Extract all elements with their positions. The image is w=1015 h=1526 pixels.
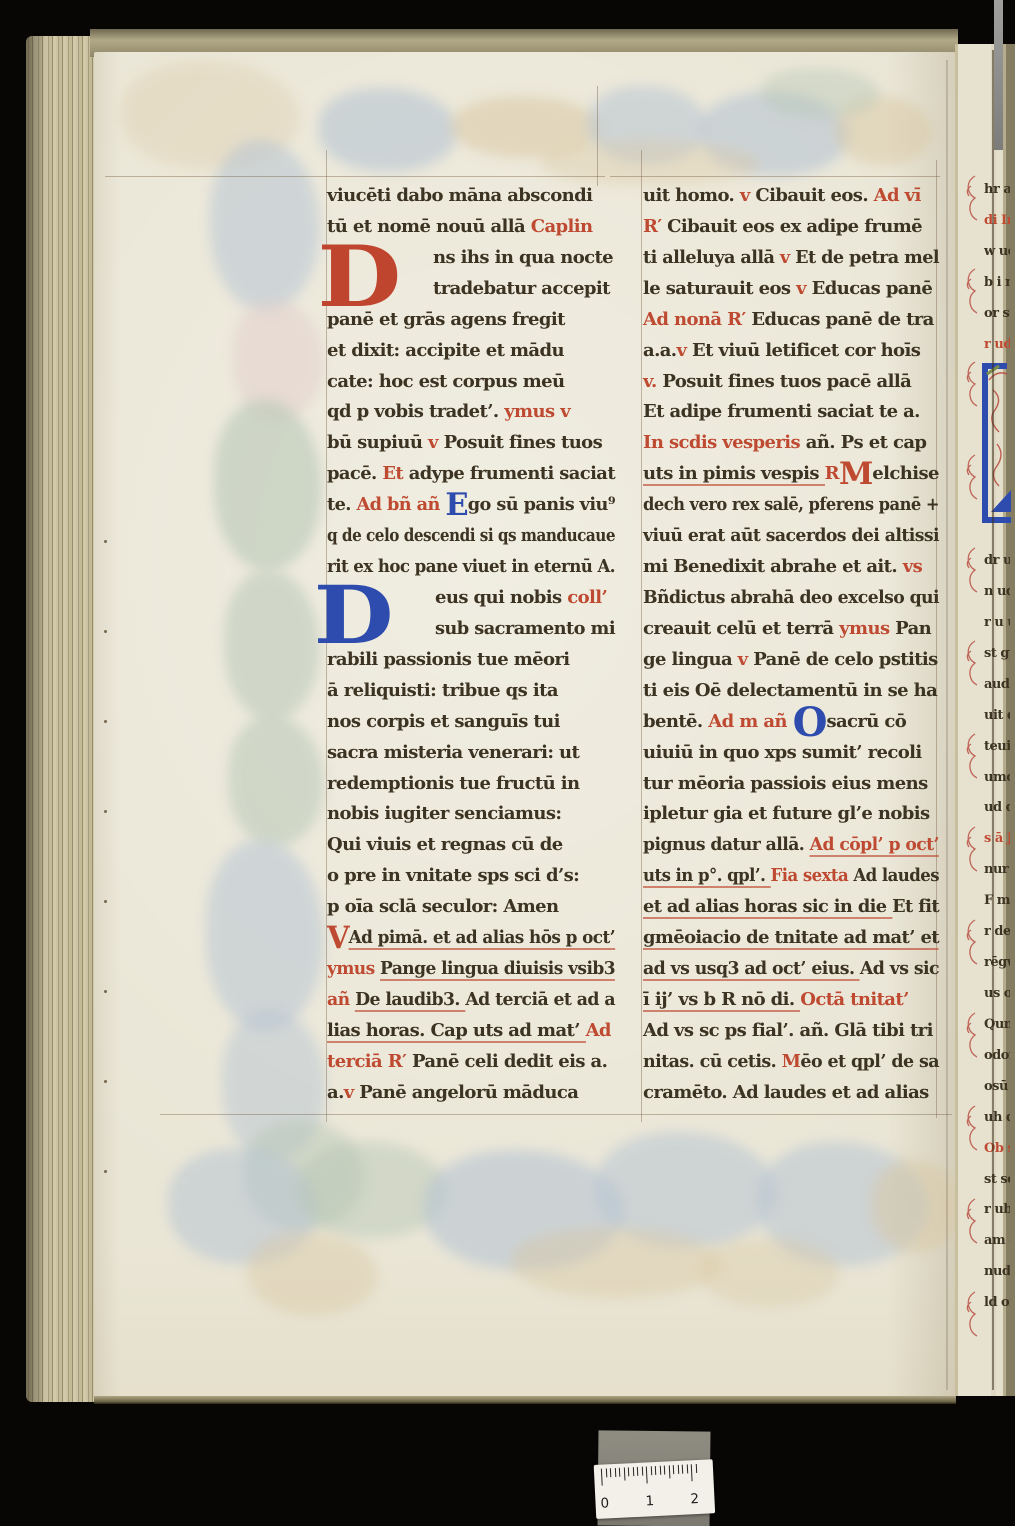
floral-showthrough-blob — [228, 716, 324, 846]
manuscript-line: In scdis vesperis añ. Ps et cap — [643, 432, 939, 463]
edge-text-fragment: Ob sem — [984, 1141, 1010, 1156]
edge-line: ld om — [984, 1291, 1010, 1322]
clamp-rod — [994, 0, 1003, 150]
text-segment: v — [740, 185, 756, 206]
ruler-tick — [691, 1464, 693, 1481]
ruling-line — [610, 176, 940, 177]
text-segment: ad vs usq3 ad oct’ eius. — [643, 958, 860, 981]
text-segment: cate: hoc est corpus meū — [327, 371, 565, 392]
text-segment: qd p vobis tradet’. — [327, 401, 504, 422]
edge-line — [984, 456, 1010, 487]
edge-line: w uc st u — [984, 240, 1010, 271]
manuscript-line: q de celo descendi si qs manducaue — [327, 525, 615, 556]
manuscript-line: et dixit: accipite et mādu — [327, 340, 615, 371]
manuscript-line: añ De laudib3. Ad terciā et ad a — [327, 989, 615, 1020]
line-text: et ad alias horas sic in die Et fit — [643, 896, 939, 917]
line-text: ti eis Oē delectamentū in se ha — [643, 680, 937, 701]
prick-mark — [104, 990, 107, 993]
text-segment: pacē. — [327, 463, 382, 484]
text-segment: v — [344, 1082, 360, 1103]
text-segment: nobis iugiter senciamus: — [327, 803, 561, 824]
manuscript-line: ti alleluya allā v Et de petra mel — [643, 247, 939, 278]
text-segment: Educas panē de tra — [751, 309, 933, 330]
manuscript-line: nitas. cū cetis. Mēo et qpl’ de sa — [643, 1051, 939, 1082]
manuscript-line: te. Ad bñ añ Ego sū panis viu⁹ — [327, 494, 615, 525]
text-segment: v — [796, 278, 812, 299]
edge-line: rēgws fu — [984, 951, 1010, 982]
line-text: bū supiuū v Posuit fines tuos — [327, 432, 602, 453]
text-segment: añ — [327, 989, 355, 1010]
manuscript-line: ipletur gia et future gl’e nobis — [643, 803, 939, 834]
text-segment: R′ — [643, 216, 667, 237]
manuscript-line: bū supiuū v Posuit fines tuos — [327, 432, 615, 463]
edge-line: nud iu — [984, 1260, 1010, 1291]
floral-showthrough-blob — [760, 68, 880, 118]
text-segment: tū et nomē nouū allā — [327, 216, 531, 237]
line-text: ā reliquisti: tribue qs ita — [327, 680, 558, 701]
line-text: tū et nomē nouū allā Caplin — [327, 216, 593, 237]
prick-mark — [104, 720, 107, 723]
text-segment: ymus v — [504, 401, 570, 422]
text-segment: tradebatur accepit — [433, 278, 610, 299]
penwork-flourishes — [957, 168, 985, 1388]
manuscript-line: tū et nomē nouū allā Caplin — [327, 216, 615, 247]
text-segment: o pre in vnitate sps sci d’s: — [327, 865, 579, 886]
manuscript-line: dech vero rex salē, pferens panē + — [643, 494, 939, 525]
manuscript-line: VAd pimā. et ad alias hōs p oct’ — [327, 927, 615, 958]
text-segment: Ad — [586, 1020, 611, 1041]
text-segment: Educas panē — [812, 278, 933, 299]
line-text: cramēto. Ad laudes et ad alias — [643, 1082, 929, 1103]
ruler-tick — [614, 1468, 616, 1477]
manuscript-line: tur mēoria passiois eius mens — [643, 773, 939, 804]
edge-line: s ā Jre — [984, 827, 1010, 858]
edge-text-fragment: rēgws fu — [984, 955, 1010, 970]
prick-mark — [104, 540, 107, 543]
text-segment: creauit celū et terrā — [643, 618, 839, 639]
manuscript-line: a.v Panē angelorū māduca — [327, 1082, 615, 1113]
manuscript-line: terciā R′ Panē celi dedit eis a. — [327, 1051, 615, 1082]
manuscript-line: creauit celū et terrā ymus Pan — [643, 618, 939, 649]
floral-showthrough-blob — [248, 1232, 378, 1316]
scale-ruler: 0 1 2 — [594, 1459, 715, 1519]
line-text: nitas. cū cetis. Mēo et qpl’ de sa — [643, 1051, 939, 1072]
edge-line: Ob sem — [984, 1137, 1010, 1168]
edge-text-fragment: aud in — [984, 677, 1010, 692]
edge-text-fragment: nur null — [984, 862, 1010, 877]
ruler-tick — [673, 1465, 675, 1474]
manuscript-line: sub sacramento mi — [327, 618, 615, 649]
line-text: viucēti dabo māna abscondi — [327, 185, 592, 206]
text-segment: Et viuū letificet cor hoīs — [692, 340, 920, 361]
ruler-tick — [628, 1467, 630, 1476]
ruler-tick — [659, 1466, 661, 1475]
text-segment: V — [327, 920, 349, 956]
line-text: Ad nonā R′ Educas panē de tra — [643, 309, 934, 330]
edge-line: di In ac — [984, 209, 1010, 240]
ruling-line — [641, 150, 642, 1122]
manuscript-line: redemptionis tue fructū in — [327, 773, 615, 804]
text-segment: v — [676, 340, 692, 361]
manuscript-line: p oīa sclā seculor: Amen — [327, 896, 615, 927]
prick-mark — [104, 1080, 107, 1083]
edge-line: F muua — [984, 889, 1010, 920]
text-segment: panē et grās agens fregit — [327, 309, 565, 330]
text-segment: vs — [903, 556, 922, 577]
manuscript-line: ge lingua v Panē de celo pstitis — [643, 649, 939, 680]
edge-text-fragment: s ā Jre — [984, 831, 1010, 846]
edge-text-fragment: ud dcm — [984, 800, 1010, 815]
edge-line: st gple — [984, 642, 1010, 673]
edge-line — [984, 487, 1010, 518]
text-segment: Pange lingua diuisis vsib3 — [380, 958, 615, 981]
manuscript-line: le saturauit eos v Educas panē — [643, 278, 939, 309]
manuscript-line: ymus Pange lingua diuisis vsib3 — [327, 958, 615, 989]
edge-text-fragment: uh qui — [984, 1110, 1010, 1125]
line-text: lias horas. Cap uts ad mat’ Ad — [327, 1020, 611, 1041]
text-segment: v — [780, 247, 795, 268]
edge-line — [984, 364, 1010, 395]
line-text: ti alleluya allā v Et de petra mel — [643, 247, 939, 268]
line-text: uts in p°. qpl’. Fia sexta Ad laudes — [643, 865, 939, 886]
ruler-tick — [695, 1464, 697, 1473]
manuscript-line: ns ihs in qua nocte — [327, 247, 615, 278]
line-text: pignus datur allā. Ad cōpl’ p oct’ — [643, 834, 939, 855]
text-segment: adype frumenti saciat — [409, 463, 615, 484]
text-segment: In scdis vesperis — [643, 432, 806, 453]
text-segment: ge lingua — [643, 649, 738, 670]
manuscript-line: pacē. Et adype frumenti saciat — [327, 463, 615, 494]
line-text: Ad vs sc ps fial’. añ. Glā tibi tri — [643, 1020, 933, 1041]
text-segment: ns ihs in qua nocte — [433, 247, 613, 268]
line-text: ymus Pange lingua diuisis vsib3 — [327, 958, 615, 979]
line-text: sacra misteria venerari: ut — [327, 742, 579, 763]
ruling-line — [160, 1114, 952, 1115]
text-segment: v — [428, 432, 444, 453]
line-text: et dixit: accipite et mādu — [327, 340, 564, 361]
manuscript-line: et ad alias horas sic in die Et fit — [643, 896, 939, 927]
edge-text-fragment: F muua — [984, 893, 1010, 908]
edge-text-fragment: r uds r — [984, 337, 1010, 352]
edge-line: hr as fu — [984, 178, 1010, 209]
manuscript-photo: viucēti dabo māna absconditū et nomē nou… — [0, 0, 1015, 1526]
ruling-line — [597, 86, 598, 186]
fore-edge-text: hr as fudi In acw uc st ub i ms aor st u… — [984, 178, 1010, 1338]
manuscript-line: uts in p°. qpl’. Fia sexta Ad laudes — [643, 865, 939, 896]
floral-showthrough-blob — [512, 1228, 722, 1298]
text-segment: ymus — [327, 958, 380, 979]
ruler-tick — [619, 1468, 621, 1477]
manuscript-line: pignus datur allā. Ad cōpl’ p oct’ — [643, 834, 939, 865]
edge-line: or st ucg — [984, 302, 1010, 333]
ruler-tick — [650, 1466, 652, 1475]
line-text: sub sacramento mi — [435, 618, 615, 639]
edge-line — [984, 518, 1010, 549]
line-text: qd p vobis tradet’. ymus v — [327, 401, 570, 422]
text-segment: p oīa sclā seculor: Amen — [327, 896, 559, 917]
text-segment: et ad alias horas sic in die — [643, 896, 892, 919]
text-segment: Fia sexta — [771, 865, 854, 886]
edge-line: us or pg — [984, 982, 1010, 1013]
text-segment: Ad terciā et ad a — [465, 989, 615, 1010]
text-segment: viuū erat aūt sacerdos dei altissi — [643, 525, 939, 546]
edge-text-fragment: umcs u — [984, 770, 1010, 785]
manuscript-line: Bñdictus abrahā deo excelso qui — [643, 587, 939, 618]
line-text: eus qui nobis coll’ — [435, 587, 607, 608]
ruler-tick — [686, 1464, 688, 1473]
ruler-tick — [646, 1466, 648, 1483]
line-text: a.a.v Et viuū letificet cor hoīs — [643, 340, 920, 361]
edge-text-fragment: b i ms a — [984, 275, 1010, 290]
line-text: ipletur gia et future gl’e nobis — [643, 803, 930, 824]
edge-text-fragment: ld om — [984, 1295, 1010, 1310]
text-segment: M — [782, 1051, 801, 1072]
line-text: uit homo. v Cibauit eos. Ad vī — [643, 185, 921, 206]
manuscript-line: nobis iugiter senciamus: — [327, 803, 615, 834]
text-segment: go sū panis viu⁹ — [468, 494, 615, 515]
text-column-right: uit homo. v Cibauit eos. Ad vīR′ Cibauit… — [643, 185, 939, 1113]
text-segment: ā reliquisti: tribue qs ita — [327, 680, 558, 701]
text-segment: ti eis Oē delectamentū in se ha — [643, 680, 937, 701]
edge-text-fragment: r deud — [984, 924, 1010, 939]
manuscript-line: lias horas. Cap uts ad mat’ Ad — [327, 1020, 615, 1051]
text-segment: viucēti dabo māna abscondi — [327, 185, 592, 206]
text-segment: Bñdictus abrahā deo excelso qui — [643, 587, 939, 608]
text-segment: uts in pimis vespis — [643, 463, 825, 486]
line-text: tur mēoria passiois eius mens — [643, 773, 928, 794]
manuscript-line: viuū erat aūt sacerdos dei altissi — [643, 525, 939, 556]
ruling-line — [105, 176, 605, 177]
text-segment: sub sacramento mi — [435, 618, 615, 639]
ruler-tick — [668, 1465, 670, 1478]
text-segment: rit ex hoc pane viuet in eternū A. — [327, 556, 615, 577]
edge-line: Qunrg d — [984, 1013, 1010, 1044]
edge-text-fragment: Qunrg d — [984, 1017, 1010, 1032]
line-text: pacē. Et adype frumenti saciat — [327, 463, 615, 484]
manuscript-line: tradebatur accepit — [327, 278, 615, 309]
edge-line: uit qn u — [984, 704, 1010, 735]
edge-text-fragment: r u ud in — [984, 615, 1010, 630]
page-curvature-line — [946, 60, 948, 1390]
line-text: v. Posuit fines tuos pacē allā — [643, 371, 911, 392]
text-segment: Ad pimā. et ad alias hōs p oct’ — [349, 927, 615, 950]
text-segment: Cibauit eos. — [755, 185, 873, 206]
text-segment: uts in p°. qpl’. — [643, 865, 771, 888]
text-segment: mi Benedixit abrahe et ait. — [643, 556, 903, 577]
line-text: gmēoiacio de tnitate ad mat’ et — [643, 927, 939, 948]
manuscript-line: rabili passionis tue mēori — [327, 649, 615, 680]
text-segment: v — [738, 649, 754, 670]
text-segment: elchise — [872, 463, 939, 484]
manuscript-line: rit ex hoc pane viuet in eternū A. — [327, 556, 615, 587]
edge-text-fragment: uit qn u — [984, 708, 1010, 723]
manuscript-line: panē et grās agens fregit — [327, 309, 615, 340]
edge-text-fragment: n ud ig le — [984, 584, 1010, 599]
text-segment: R — [825, 463, 839, 484]
line-text: o pre in vnitate sps sci d’s: — [327, 865, 579, 886]
text-segment: tur mēoria passiois eius mens — [643, 773, 928, 794]
line-text: dech vero rex salē, pferens panē + — [643, 494, 939, 515]
text-segment: terciā R′ — [327, 1051, 412, 1072]
line-text: ad vs usq3 ad oct’ eius. Ad vs sic — [643, 958, 939, 979]
prick-mark — [104, 630, 107, 633]
text-segment: Ad bñ añ — [356, 494, 445, 515]
edge-line: odor eu — [984, 1044, 1010, 1075]
text-segment: a.a. — [643, 340, 676, 361]
text-segment: nitas. cū cetis. — [643, 1051, 782, 1072]
manuscript-line: Ad vs sc ps fial’. añ. Glā tibi tri — [643, 1020, 939, 1051]
text-segment: v. — [643, 371, 662, 392]
text-segment: le saturauit eos — [643, 278, 796, 299]
manuscript-line: ā reliquisti: tribue qs ita — [327, 680, 615, 711]
floral-showthrough-blob — [700, 1238, 840, 1308]
manuscript-line: Et adipe frumenti saciat te a. — [643, 401, 939, 432]
floral-showthrough-blob — [318, 88, 458, 172]
text-segment: cramēto. Ad laudes et ad alias — [643, 1082, 929, 1103]
text-segment: uit homo. — [643, 185, 740, 206]
text-segment: gmēoiacio de tnitate ad mat’ et — [643, 927, 939, 950]
ruler-label-0: 0 — [600, 1495, 609, 1511]
edge-line: umcs u — [984, 766, 1010, 797]
line-text: añ De laudib3. Ad terciā et ad a — [327, 989, 615, 1010]
ruler-label-1: 1 — [645, 1493, 654, 1509]
edge-line: b i ms a — [984, 271, 1010, 302]
text-segment: Cibauit eos ex adipe frumē — [667, 216, 922, 237]
edge-text-fragment: teuid di — [984, 739, 1010, 754]
line-text: nos corpis et sanguīs tui — [327, 711, 560, 732]
ruler-tick — [655, 1466, 657, 1475]
text-segment: Caplin — [531, 216, 593, 237]
ruler-tick — [632, 1467, 634, 1476]
text-segment: Octā tnitat’ — [800, 989, 908, 1010]
text-segment: añ. Ps et cap — [806, 432, 927, 453]
edge-text-fragment: st gple — [984, 646, 1010, 661]
text-segment: sacra misteria venerari: ut — [327, 742, 579, 763]
text-segment: M — [839, 456, 872, 492]
text-segment: Panē celi dedit eis a. — [412, 1051, 607, 1072]
edge-text-fragment: odor eu — [984, 1048, 1010, 1063]
manuscript-line: R′ Cibauit eos ex adipe frumē — [643, 216, 939, 247]
line-text: uiuiū in quo xps sumit’ recoli — [643, 742, 922, 763]
manuscript-line: eus qui nobis coll’ — [327, 587, 615, 618]
edge-line — [984, 394, 1010, 425]
text-segment: Ad cōpl’ p oct’ — [810, 834, 939, 857]
line-text: le saturauit eos v Educas panē — [643, 278, 932, 299]
text-segment: ti alleluya allā — [643, 247, 780, 268]
text-segment: rabili passionis tue mēori — [327, 649, 570, 670]
edge-line: teuid di — [984, 735, 1010, 766]
text-segment: ipletur gia et future gl’e nobis — [643, 803, 930, 824]
ruler-tick — [664, 1466, 666, 1475]
prick-mark — [104, 810, 107, 813]
edge-text-fragment: w uc st u — [984, 244, 1010, 259]
manuscript-line: sacra misteria venerari: ut — [327, 742, 615, 773]
edge-line: uh qui — [984, 1106, 1010, 1137]
line-text: viuū erat aūt sacerdos dei altissi — [643, 525, 939, 546]
text-segment: Ad nonā R′ — [643, 309, 751, 330]
edge-text-fragment: st semn — [984, 1172, 1010, 1187]
edge-line: dr ulcz a — [984, 549, 1010, 580]
manuscript-line: Qui viuis et regnas cū de — [327, 834, 615, 865]
edge-line: osū qui g — [984, 1075, 1010, 1106]
manuscript-line: uts in pimis vespis RMelchise — [643, 463, 939, 494]
text-segment: eus qui nobis — [435, 587, 567, 608]
text-segment: bū supiuū — [327, 432, 428, 453]
ruler-tick — [641, 1467, 643, 1476]
edge-text-fragment: hr as fu — [984, 182, 1010, 197]
text-segment: sacrū cō — [826, 711, 906, 732]
edge-line: n ud ig le — [984, 580, 1010, 611]
text-segment: Posuit fines tuos — [444, 432, 603, 453]
manuscript-line: ad vs usq3 ad oct’ eius. Ad vs sic — [643, 958, 939, 989]
manuscript-line: uiuiū in quo xps sumit’ recoli — [643, 742, 939, 773]
line-text: panē et grās agens fregit — [327, 309, 565, 330]
text-segment: Et adipe frumenti saciat te a. — [643, 401, 920, 422]
line-text: ns ihs in qua nocte — [433, 247, 613, 268]
line-text: te. Ad bñ añ Ego sū panis viu⁹ — [327, 494, 615, 515]
text-segment: ī ij’ vs b R nō di. — [643, 989, 800, 1012]
ruler-tick — [637, 1467, 639, 1476]
manuscript-line: cramēto. Ad laudes et ad alias — [643, 1082, 939, 1113]
ruler-tick — [682, 1465, 684, 1474]
text-segment: pignus datur allā. — [643, 834, 810, 855]
text-segment: Ad vī — [874, 185, 921, 206]
line-text: cate: hoc est corpus meū — [327, 371, 565, 392]
text-segment: Et de petra mel — [795, 247, 939, 268]
manuscript-line: ti eis Oē delectamentū in se ha — [643, 680, 939, 711]
edge-text-fragment: di In ac — [984, 213, 1010, 228]
line-text: R′ Cibauit eos ex adipe frumē — [643, 216, 922, 237]
text-segment: Ad vs sc ps fial’. añ. Glā tibi tri — [643, 1020, 933, 1041]
line-text: ī ij’ vs b R nō di. Octā tnitat’ — [643, 989, 909, 1010]
ruler-tick — [610, 1468, 612, 1477]
line-text: VAd pimā. et ad alias hōs p oct’ — [327, 927, 615, 948]
text-segment: Panē de celo pstitis — [753, 649, 938, 670]
text-segment: redemptionis tue fructū in — [327, 773, 579, 794]
ruler-tick — [677, 1465, 679, 1474]
line-text: Qui viuis et regnas cū de — [327, 834, 563, 855]
line-text: rabili passionis tue mēori — [327, 649, 570, 670]
text-segment: Et — [382, 463, 408, 484]
prick-mark — [104, 900, 107, 903]
line-text: tradebatur accepit — [433, 278, 610, 299]
ruler-tick — [605, 1468, 607, 1477]
text-column-left: viucēti dabo māna absconditū et nomē nou… — [327, 185, 615, 1113]
edge-text-fragment: osū qui g — [984, 1079, 1010, 1094]
text-segment: dech vero rex salē, pferens panē + — [643, 494, 939, 515]
line-text: In scdis vesperis añ. Ps et cap — [643, 432, 926, 453]
edge-line: ud dcm — [984, 796, 1010, 827]
edge-text-fragment: nud iu — [984, 1264, 1010, 1279]
text-segment: q de celo descendi si qs manducaue — [327, 525, 615, 546]
line-text: ge lingua v Panē de celo pstitis — [643, 649, 938, 670]
manuscript-line: gmēoiacio de tnitate ad mat’ et — [643, 927, 939, 958]
manuscript-line: uit homo. v Cibauit eos. Ad vī — [643, 185, 939, 216]
text-segment: bentē. — [643, 711, 708, 732]
edge-line: am ghe — [984, 1229, 1010, 1260]
manuscript-line: o pre in vnitate sps sci d’s: — [327, 865, 615, 896]
prick-mark — [104, 1170, 107, 1173]
edge-line: r deud — [984, 920, 1010, 951]
edge-text-fragment: dr ulcz a — [984, 553, 1010, 568]
manuscript-line: a.a.v Et viuū letificet cor hoīs — [643, 340, 939, 371]
text-segment: De laudib3. — [355, 989, 465, 1012]
text-segment: Qui viuis et regnas cū de — [327, 834, 563, 855]
line-text: p oīa sclā seculor: Amen — [327, 896, 559, 917]
line-text: Et adipe frumenti saciat te a. — [643, 401, 920, 422]
text-segment: coll’ — [567, 587, 607, 608]
text-segment: Ad m añ — [708, 711, 792, 732]
